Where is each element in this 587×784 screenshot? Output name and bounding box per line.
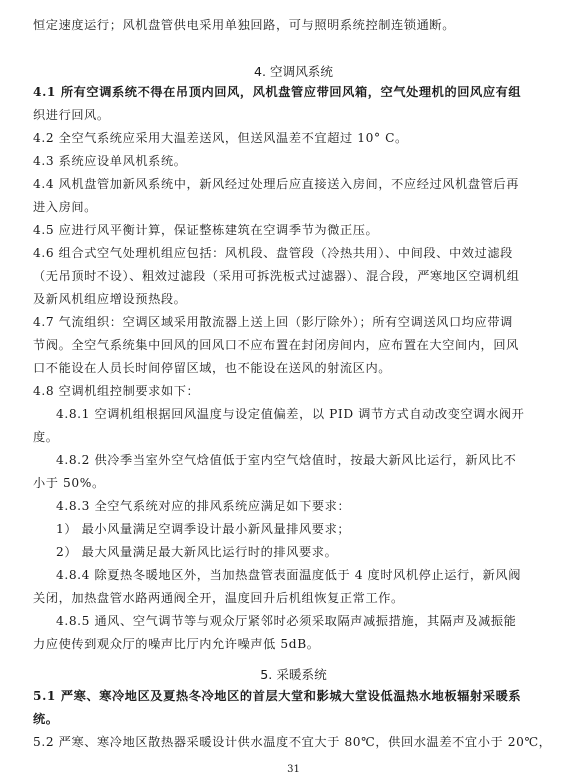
page-number: 31 [0,764,587,776]
document-page: 恒定速度运行；风机盘管供电采用单独回路，可与照明系统控制连锁通断。 4. 空调风… [0,0,587,784]
list-item: 2） 最大风量满足最大新风比运行时的排风要求。 [56,544,496,560]
clause-4-8-5-cont: 力应使传到观众厅的噪声比厅内允许噪声低 5dB。 [33,636,473,652]
clause-4-2: 4.2 全空气系统应采用大温差送风，但送风温差不宜超过 10° C。 [33,130,473,146]
clause-4-8-4: 4.8.4 除夏热冬暖地区外，当加热盘管表面温度低于 4 度时风机停止运行，新风… [56,567,496,583]
clause-4-7: 4.7 气流组织：空调区域采用散流器上送上回（影厅除外）；所有空调送风口均应带调 [33,314,473,330]
clause-4-7-cont: 口不能设在人员长时间停留区域，也不能设在送风的射流区内。 [33,360,473,376]
clause-4-8-2-cont: 小于 50%。 [33,475,473,491]
clause-5-2: 5.2 严寒、寒冷地区散热器采暖设计供水温度不宜大于 80℃，供回水温差不宜小于… [33,734,473,750]
clause-4-8-3: 4.8.3 全空气系统对应的排风系统应满足如下要求： [56,498,496,514]
clause-4-5: 4.5 应进行风平衡计算，保证整栋建筑在空调季节为微正压。 [33,222,473,238]
section-heading: 4. 空调风系统 [0,64,587,80]
clause-4-7-cont: 节阀。全空气系统集中回风的回风口不应布置在封闭房间内，应布置在大空间内，回风 [33,337,473,353]
clause-4-4: 4.4 风机盘管加新风系统中，新风经过处理后应直接送入房间，不应经过风机盘管后再 [33,176,473,192]
clause-4-1: 4.1 所有空调系统不得在吊顶内回风，风机盘管应带回风箱，空气处理机的回风应有组 [33,84,473,100]
section-heading: 5. 采暖系统 [0,667,587,683]
clause-4-6: 4.6 组合式空气处理机组应包括：风机段、盘管段（冷热共用）、中间段、中效过滤段 [33,245,473,261]
clause-4-8-1: 4.8.1 空调机组根据回风温度与设定值偏差，以 PID 调节方式自动改变空调水… [56,406,496,422]
clause-4-4-cont: 进入房间。 [33,199,473,215]
clause-4-8-4-cont: 关闭，加热盘管水路两通阀全开，温度回升后机组恢复正常工作。 [33,590,473,606]
paragraph-line: 恒定速度运行；风机盘管供电采用单独回路，可与照明系统控制连锁通断。 [33,17,473,33]
clause-5-1-cont: 统。 [33,711,473,727]
clause-5-1: 5.1 严寒、寒冷地区及夏热冬冷地区的首层大堂和影城大堂设低温热水地板辐射采暖系 [33,688,473,704]
clause-4-6-cont: 及新风机组应增设预热段。 [33,291,473,307]
clause-4-6-cont: （无吊顶时不设）、粗效过滤段（采用可拆洗板式过滤器）、混合段，严寒地区空调机组 [33,268,473,284]
clause-4-8-5: 4.8.5 通风、空气调节等与观众厅紧邻时必须采取隔声减振措施，其隔声及减振能 [56,613,496,629]
clause-4-8-1-cont: 度。 [33,429,473,445]
clause-4-8: 4.8 空调机组控制要求如下： [33,383,473,399]
clause-4-3: 4.3 系统应设单风机系统。 [33,153,473,169]
clause-4-1-cont: 织进行回风。 [33,107,473,123]
list-item: 1） 最小风量满足空调季设计最小新风量排风要求； [56,521,496,537]
clause-4-8-2: 4.8.2 供冷季当室外空气焓值低于室内空气焓值时，按最大新风比运行，新风比不 [56,452,496,468]
